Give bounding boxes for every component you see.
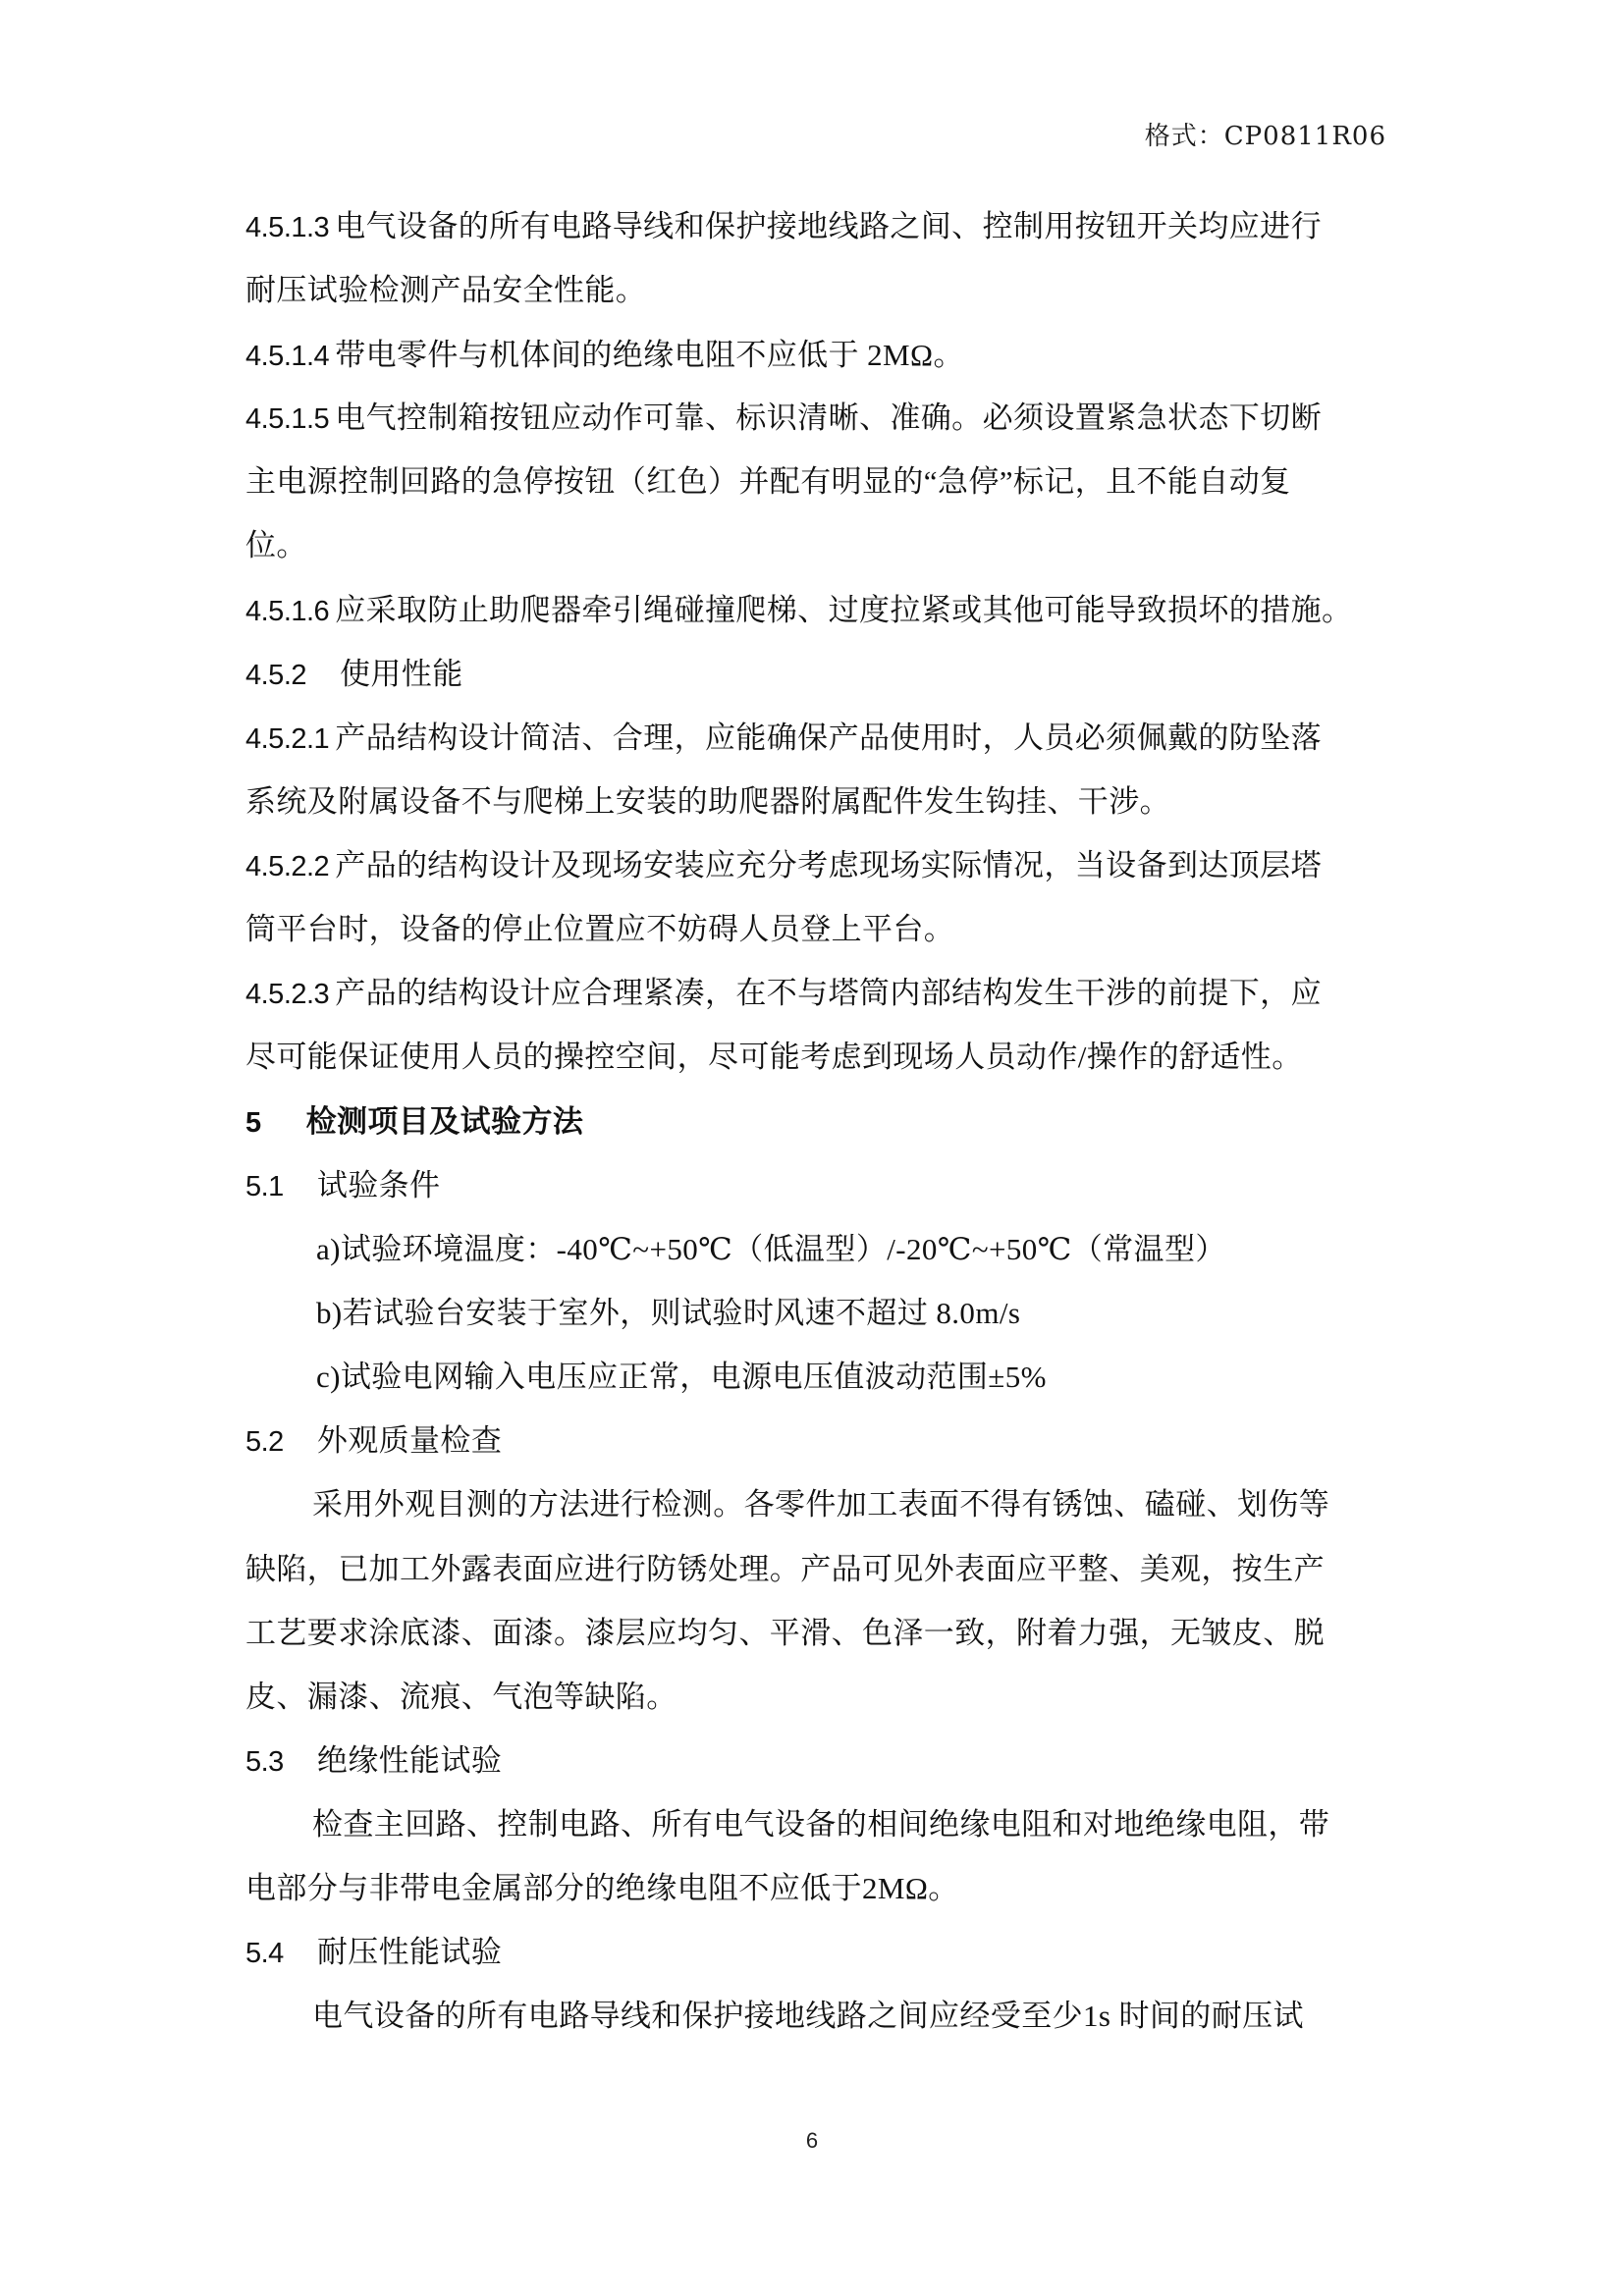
section-4-5-2-heading: 4.5.2使用性能 <box>245 653 1404 697</box>
withstand-voltage-para-line1: 电气设备的所有电路导线和保护接地线路之间应经受至少1s 时间的耐压试 <box>312 1995 1471 2038</box>
clause-4-5-1-5: 4.5.1.5电气控制箱按钮应动作可靠、标识清晰、准确。必须设置紧急状态下切断 <box>245 397 1404 441</box>
clause-number: 4.5.2.2 <box>245 851 329 882</box>
section-number: 4.5.2 <box>245 660 306 691</box>
clause-text: 产品的结构设计及现场安装应充分考虑现场实际情况，当设备到达顶层塔 <box>335 848 1322 882</box>
clause-4-5-1-4: 4.5.1.4带电零件与机体间的绝缘电阻不应低于 2MΩ。 <box>245 334 1404 378</box>
clause-4-5-2-2: 4.5.2.2产品的结构设计及现场安装应充分考虑现场实际情况，当设备到达顶层塔 <box>245 844 1404 888</box>
clause-4-5-1-6: 4.5.1.6应采取防止助爬器牵引绳碰撞爬梯、过度拉紧或其他可能导致损坏的措施。 <box>245 589 1404 633</box>
clause-text: 电气设备的所有电路导线和保护接地线路之间、控制用按钮开关均应进行 <box>335 209 1322 243</box>
clause-number: 4.5.1.3 <box>245 212 329 243</box>
clause-4-5-2-1-cont: 系统及附属设备不与爬梯上安装的助爬器附属配件发生钩挂、干涉。 <box>245 780 1404 824</box>
section-5-3-heading: 5.3绝缘性能试验 <box>245 1739 1404 1784</box>
clause-number: 4.5.1.4 <box>245 341 329 372</box>
clause-4-5-2-1: 4.5.2.1产品结构设计简洁、合理，应能确保产品使用时，人员必须佩戴的防坠落 <box>245 717 1404 761</box>
clause-4-5-1-3: 4.5.1.3电气设备的所有电路导线和保护接地线路之间、控制用按钮开关均应进行 <box>245 205 1404 249</box>
clause-number: 4.5.2.3 <box>245 979 329 1010</box>
appearance-para-line2: 缺陷，已加工外露表面应进行防锈处理。产品可见外表面应平整、美观，按生产 <box>245 1548 1404 1591</box>
section-number: 5.3 <box>245 1746 284 1778</box>
section-title: 耐压性能试验 <box>317 1935 502 1969</box>
section-number: 5.4 <box>245 1938 284 1969</box>
clause-text: 产品结构设计简洁、合理，应能确保产品使用时，人员必须佩戴的防坠落 <box>335 721 1322 755</box>
clause-text: 应采取防止助爬器牵引绳碰撞爬梯、过度拉紧或其他可能导致损坏的措施。 <box>335 593 1352 627</box>
appearance-para-line3: 工艺要求涂底漆、面漆。漆层应均匀、平滑、色泽一致，附着力强，无皱皮、脱 <box>245 1612 1404 1655</box>
section-5-heading: 5检测项目及试验方法 <box>245 1100 1404 1145</box>
appearance-para-line4: 皮、漏漆、流痕、气泡等缺陷。 <box>245 1676 1404 1719</box>
clause-number: 4.5.1.5 <box>245 403 329 435</box>
clause-4-5-1-5-cont2: 位。 <box>245 524 1404 567</box>
section-5-2-heading: 5.2外观质量检查 <box>245 1419 1404 1464</box>
insulation-para-line2: 电部分与非带电金属部分的绝缘电阻不应低于2MΩ。 <box>245 1867 1404 1910</box>
section-number: 5 <box>245 1107 261 1139</box>
insulation-para-line1: 检查主回路、控制电路、所有电气设备的相间绝缘电阻和对地绝缘电阻，带 <box>312 1803 1471 1846</box>
section-title: 使用性能 <box>340 657 463 691</box>
section-title: 绝缘性能试验 <box>317 1743 502 1778</box>
test-condition-item-b: b)若试验台安装于室外，则试验时风速不超过 8.0m/s <box>316 1292 1475 1335</box>
clause-number: 4.5.1.6 <box>245 596 329 627</box>
format-code-header: 格式：CP0811R06 <box>1145 116 1386 152</box>
clause-4-5-1-3-cont: 耐压试验检测产品安全性能。 <box>245 269 1404 312</box>
clause-4-5-1-5-cont: 主电源控制回路的急停按钮（红色）并配有明显的“急停”标记，且不能自动复 <box>245 460 1404 504</box>
section-title: 外观质量检查 <box>317 1423 502 1458</box>
section-number: 5.1 <box>245 1171 284 1202</box>
clause-text: 带电零件与机体间的绝缘电阻不应低于 2MΩ。 <box>335 338 964 372</box>
clause-4-5-2-3: 4.5.2.3产品的结构设计应合理紧凑，在不与塔筒内部结构发生干涉的前提下，应 <box>245 972 1404 1016</box>
section-title: 检测项目及试验方法 <box>306 1104 584 1139</box>
clause-4-5-2-2-cont: 筒平台时，设备的停止位置应不妨碍人员登上平台。 <box>245 908 1404 951</box>
section-title: 试验条件 <box>317 1168 441 1202</box>
section-5-4-heading: 5.4耐压性能试验 <box>245 1931 1404 1975</box>
test-condition-item-a: a)试验环境温度：-40℃~+50℃（低温型）/-20℃~+50℃（常温型） <box>316 1228 1475 1271</box>
clause-number: 4.5.2.1 <box>245 723 329 755</box>
section-number: 5.2 <box>245 1426 284 1458</box>
clause-text: 电气控制箱按钮应动作可靠、标识清晰、准确。必须设置紧急状态下切断 <box>335 400 1322 435</box>
clause-text: 产品的结构设计应合理紧凑，在不与塔筒内部结构发生干涉的前提下，应 <box>335 976 1322 1010</box>
clause-4-5-2-3-cont: 尽可能保证使用人员的操控空间，尽可能考虑到现场人员动作/操作的舒适性。 <box>245 1036 1404 1079</box>
appearance-para-line1: 采用外观目测的方法进行检测。各零件加工表面不得有锈蚀、磕碰、划伤等 <box>312 1483 1471 1526</box>
section-5-1-heading: 5.1试验条件 <box>245 1164 1404 1208</box>
page-number: 6 <box>0 2128 1624 2154</box>
document-page: 格式：CP0811R06 4.5.1.3电气设备的所有电路导线和保护接地线路之间… <box>0 0 1624 2296</box>
test-condition-item-c: c)试验电网输入电压应正常，电源电压值波动范围±5% <box>316 1356 1475 1399</box>
